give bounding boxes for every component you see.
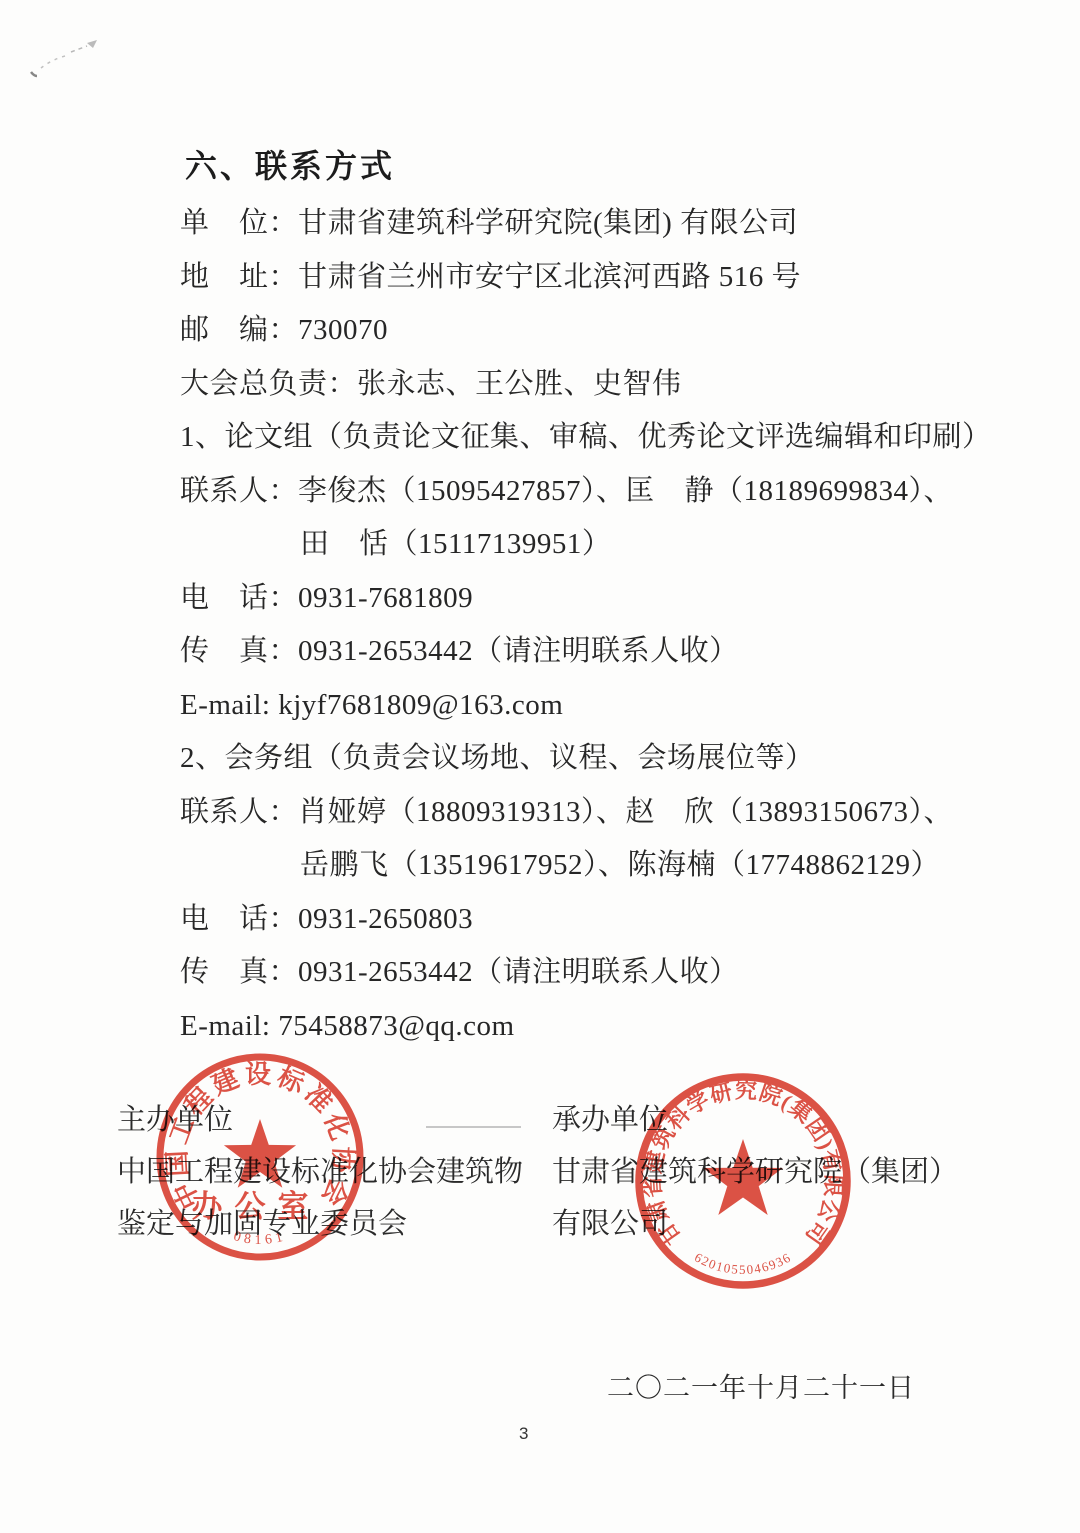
page-number: 3 (519, 1424, 528, 1444)
paper-group-contacts-line2: 田 恬（15117139951） (180, 518, 1010, 572)
address-line: 地 址：甘肃省兰州市安宁区北滨河西路 516 号 (180, 251, 1010, 305)
paper-group-fax: 传 真：0931-2653442（请注明联系人收） (180, 625, 1010, 679)
conference-group-contacts-line1: 联系人：肖娅婷（18809319313）、赵 欣（13893150673）、 (180, 786, 1010, 840)
paper-group-heading: 1、论文组（负责论文征集、审稿、优秀论文评选编辑和印刷） (180, 411, 1010, 465)
general-director-line: 大会总负责：张永志、王公胜、史智伟 (180, 358, 1010, 412)
organizer-unit-stamp: 甘肃省建筑科学研究院(集团)有限公司 6201055046936 (630, 1068, 856, 1294)
conference-group-fax: 传 真：0931-2653442（请注明联系人收） (180, 946, 1010, 1000)
unit-line: 单 位：甘肃省建筑科学研究院(集团) 有限公司 (180, 197, 1010, 251)
stamp-inner-text: 办公室 (192, 1189, 321, 1224)
paper-group-contacts-line1: 联系人：李俊杰（15095427857）、匡 静（18189699834）、 (180, 465, 1010, 519)
contact-info-block: 单 位：甘肃省建筑科学研究院(集团) 有限公司 地 址：甘肃省兰州市安宁区北滨河… (180, 197, 1010, 1053)
paper-group-phone: 电 话：0931-7681809 (180, 572, 1010, 626)
paper-group-email: E-mail: kjyf7681809@163.com (180, 679, 1010, 733)
star-icon (703, 1139, 783, 1215)
conference-group-email: E-mail: 75458873@qq.com (180, 1000, 1010, 1054)
stamp-serial: 08161 (232, 1229, 288, 1248)
conference-group-phone: 电 话：0931-2650803 (180, 893, 1010, 947)
stamp-serial: 6201055046936 (692, 1249, 794, 1277)
host-unit-stamp: 中国工程建设标准化协会 办公室 08161 (152, 1049, 368, 1265)
document-page: 六、联系方式 单 位：甘肃省建筑科学研究院(集团) 有限公司 地 址：甘肃省兰州… (0, 0, 1080, 1533)
section-title: 六、联系方式 (185, 141, 395, 187)
scan-smudge (25, 32, 115, 92)
issue-date: 二〇二一年十月二十一日 (607, 1366, 915, 1405)
svg-text:6201055046936: 6201055046936 (692, 1249, 794, 1277)
postcode-line: 邮 编：730070 (180, 304, 1010, 358)
conference-group-heading: 2、会务组（负责会议场地、议程、会场展位等） (180, 732, 1010, 786)
svg-text:08161: 08161 (232, 1229, 288, 1248)
conference-group-contacts-line2: 岳鹏飞（13519617952）、陈海楠（17748862129） (180, 839, 1010, 893)
star-icon (224, 1119, 296, 1188)
